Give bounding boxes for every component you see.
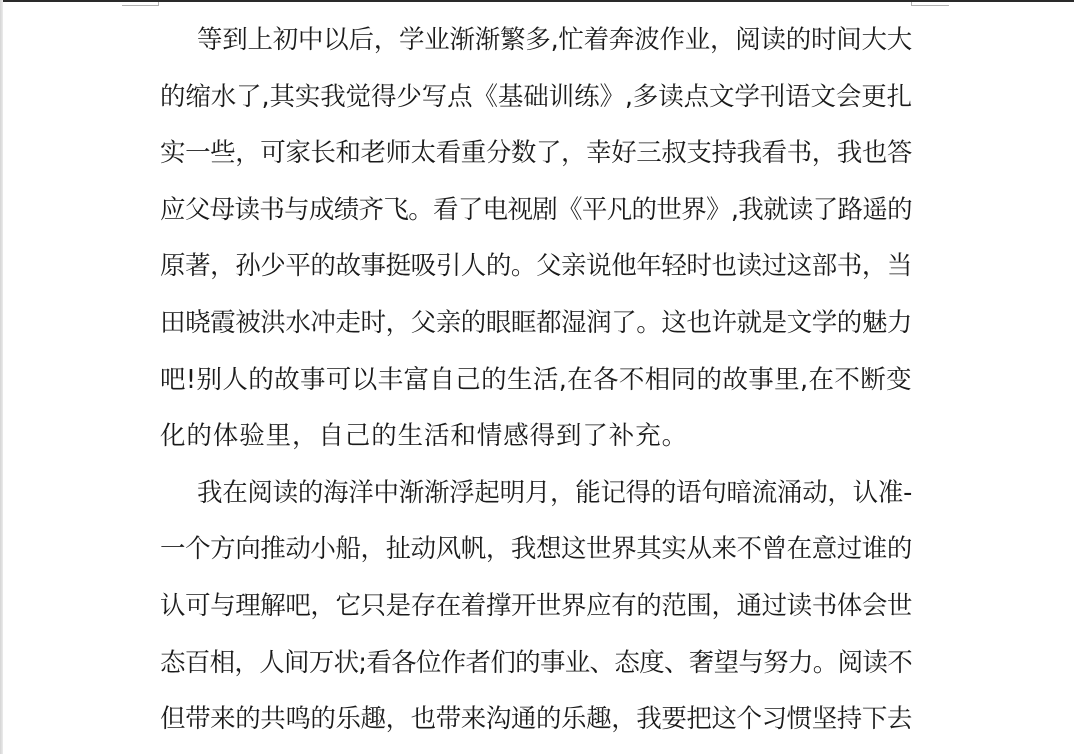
text-line: 的缩水了,其实我觉得少写点《基础训练》,多读点文学刊语文会更扎 [160, 69, 912, 126]
text-line: 吧!别人的故事可以丰富自己的生活,在各不相同的故事里,在不断变 [160, 352, 912, 409]
text-line: 认可与理解吧，它只是存在着撑开世界应有的范围，通过读书体会世 [160, 578, 912, 635]
right-margin-corner-mark [911, 2, 949, 6]
text-line: 化的体验里，自己的生活和情感得到了补充。 [160, 408, 912, 465]
text-line: 等到上初中以后，学业渐渐繁多,忙着奔波作业，阅读的时间大大 [160, 12, 912, 69]
paragraph-1: 等到上初中以后，学业渐渐繁多,忙着奔波作业，阅读的时间大大 的缩水了,其实我觉得… [160, 12, 912, 465]
document-body[interactable]: 等到上初中以后，学业渐渐繁多,忙着奔波作业，阅读的时间大大 的缩水了,其实我觉得… [160, 12, 912, 748]
text-line: 原著，孙少平的故事挺吸引人的。父亲说他年轻时也读过这部书，当 [160, 238, 912, 295]
text-line: 应父母读书与成绩齐飞。看了电视剧《平凡的世界》,我就读了路遥的 [160, 182, 912, 239]
text-line: 一个方向推动小船，扯动风帆，我想这世界其实从来不曾在意过谁的 [160, 521, 912, 578]
text-line: 我在阅读的海洋中渐渐浮起明月，能记得的语句暗流涌动，认准- [160, 465, 912, 522]
text-line: 实一些，可家长和老师太看重分数了，幸好三叔支持我看书，我也答 [160, 125, 912, 182]
paragraph-2: 我在阅读的海洋中渐渐浮起明月，能记得的语句暗流涌动，认准- 一个方向推动小船，扯… [160, 465, 912, 748]
page-left-edge [0, 0, 3, 754]
text-line: 田晓霞被洪水冲走时，父亲的眼眶都湿润了。这也许就是文学的魅力 [160, 295, 912, 352]
text-line: 但带来的共鸣的乐趣，也带来沟通的乐趣，我要把这个习惯坚持下去 [160, 691, 912, 748]
text-line: 态百相，人间万状;看各位作者们的事业、态度、奢望与努力。阅读不 [160, 635, 912, 692]
left-margin-corner-mark [122, 2, 159, 6]
